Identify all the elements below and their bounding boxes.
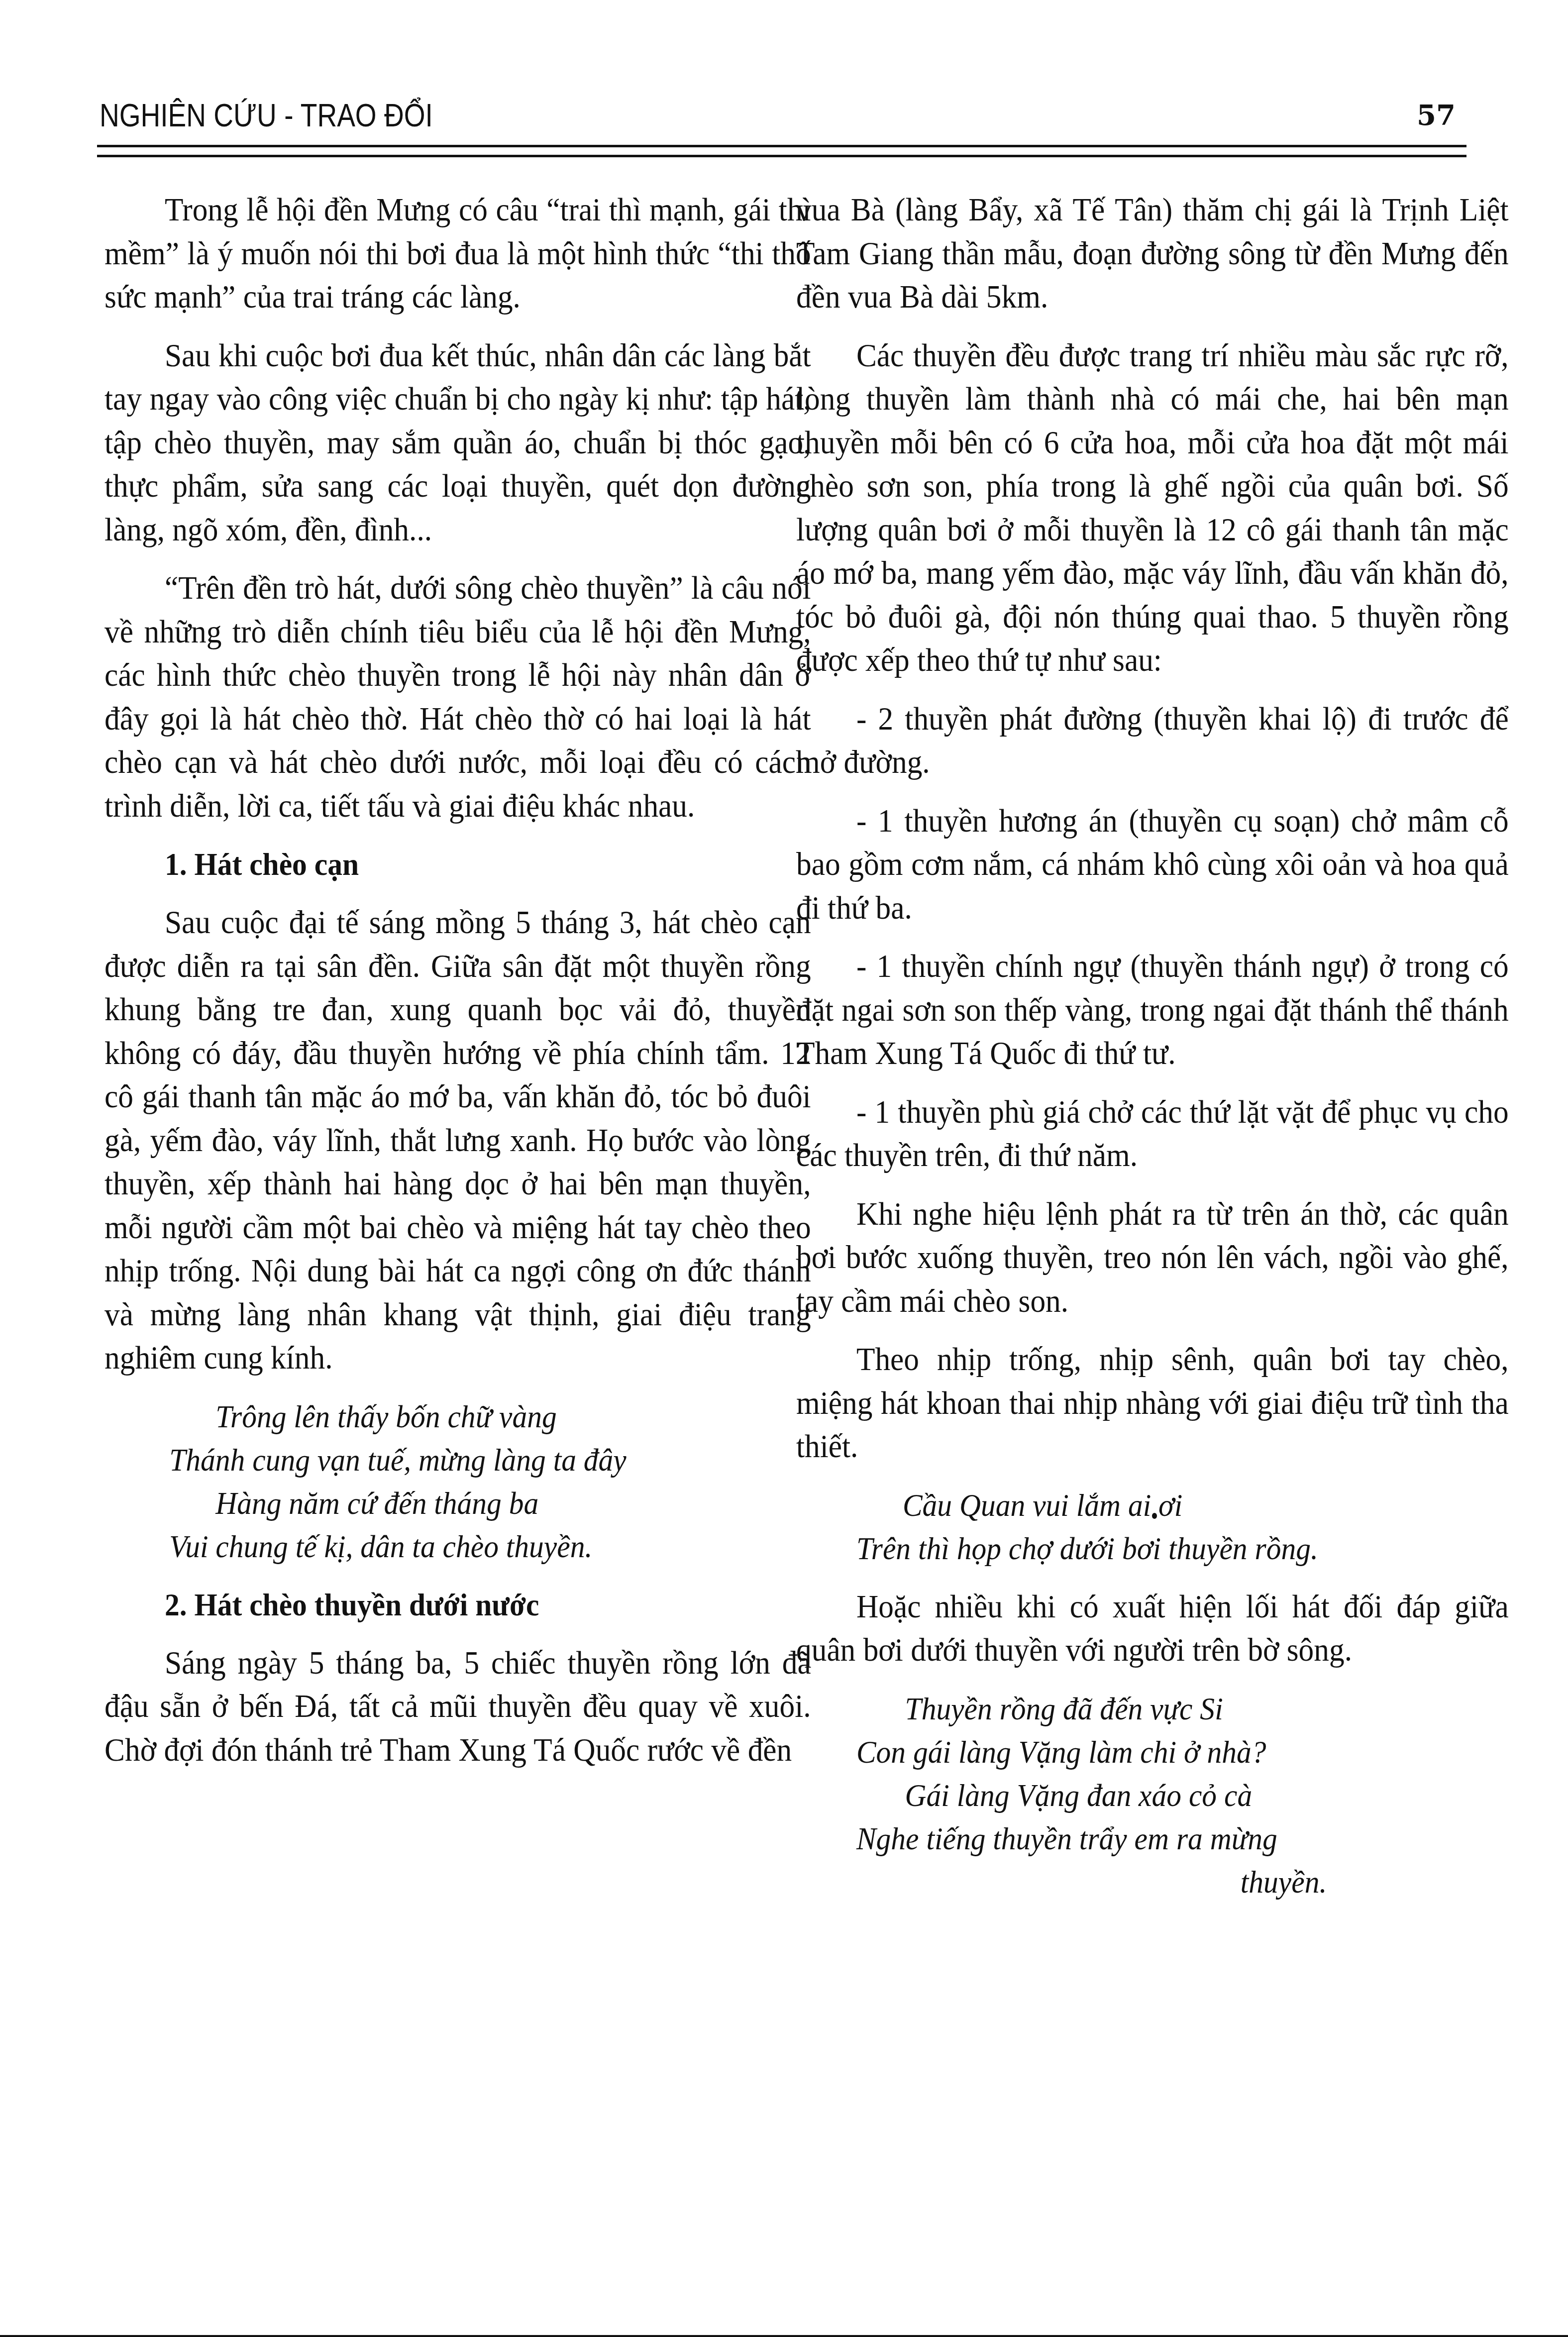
journal-page: NGHIÊN CỨU - TRAO ĐỔI 57 Trong lễ hội đề… xyxy=(0,0,1568,2337)
verse-line: Trên thì họp chợ dưới bơi thuyền rồng. xyxy=(796,1527,1509,1570)
verse-line: Con gái làng Vặng làm chi ở nhà? xyxy=(796,1730,1509,1774)
paragraph: Sau cuộc đại tế sáng mồng 5 tháng 3, hát… xyxy=(105,901,811,1380)
page-header: NGHIÊN CỨU - TRAO ĐỔI 57 xyxy=(100,97,1465,137)
paragraph: Sau khi cuộc bơi đua kết thúc, nhân dân … xyxy=(105,334,811,552)
paragraph: “Trên đền trò hát, dưới sông chèo thuyền… xyxy=(105,566,811,828)
paragraph-continuation: vua Bà (làng Bẩy, xã Tế Tân) thăm chị gá… xyxy=(796,188,1509,319)
page-bottom-edge xyxy=(0,2335,1568,2337)
paragraph: Trong lễ hội đền Mưng có câu “trai thì m… xyxy=(105,188,811,319)
header-rule-bottom xyxy=(97,155,1466,157)
boat-list-item: - 2 thuyền phát đường (thuyền khai lộ) đ… xyxy=(796,697,1509,784)
paragraph: Các thuyền đều được trang trí nhiều màu … xyxy=(796,334,1509,682)
verse-block-1: Trông lên thấy bốn chữ vàng Thánh cung v… xyxy=(105,1395,811,1568)
paragraph: Khi nghe hiệu lệnh phát ra từ trên án th… xyxy=(796,1192,1509,1323)
header-rule-top xyxy=(97,145,1466,147)
boat-list-item: - 1 thuyền hương án (thuyền cụ soạn) chở… xyxy=(796,799,1509,930)
verse-line: Thánh cung vạn tuế, mừng làng ta đây xyxy=(105,1438,811,1482)
section-heading-1: 1. Hát chèo cạn xyxy=(165,843,811,886)
scan-speck xyxy=(1152,1513,1157,1519)
left-column: Trong lễ hội đền Mưng có câu “trai thì m… xyxy=(105,188,811,1787)
verse-line: Cầu Quan vui lắm ai ơi xyxy=(796,1484,1509,1527)
verse-line: Nghe tiếng thuyền trẩy em ra mừng xyxy=(796,1817,1509,1860)
verse-line: Trông lên thấy bốn chữ vàng xyxy=(105,1395,811,1438)
verse-line: Hàng năm cứ đến tháng ba xyxy=(105,1482,811,1525)
paragraph: Sáng ngày 5 tháng ba, 5 chiếc thuyền rồn… xyxy=(105,1641,811,1772)
verse-block-2: Cầu Quan vui lắm ai ơi Trên thì họp chợ … xyxy=(796,1484,1509,1570)
paragraph: Hoặc nhiều khi có xuất hiện lối hát đối … xyxy=(796,1585,1509,1672)
right-column: vua Bà (làng Bẩy, xã Tế Tân) thăm chị gá… xyxy=(796,188,1509,1918)
verse-block-3: Thuyền rồng đã đến vực Si Con gái làng V… xyxy=(796,1687,1509,1904)
boat-list-item: - 1 thuyền phù giá chở các thứ lặt vặt đ… xyxy=(796,1090,1509,1177)
verse-line: Vui chung tế kị, dân ta chèo thuyền. xyxy=(105,1525,811,1568)
verse-line: thuyền. xyxy=(796,1860,1509,1904)
verse-line: Gái làng Vặng đan xáo cỏ cà xyxy=(796,1774,1509,1817)
section-heading-2: 2. Hát chèo thuyền dưới nước xyxy=(165,1583,811,1626)
verse-line: Thuyền rồng đã đến vực Si xyxy=(796,1687,1509,1730)
paragraph: Theo nhịp trống, nhịp sênh, quân bơi tay… xyxy=(796,1338,1509,1469)
section-title: NGHIÊN CỨU - TRAO ĐỔI xyxy=(100,97,433,134)
boat-list-item: - 1 thuyền chính ngự (thuyền thánh ngự) … xyxy=(796,945,1509,1075)
page-number: 57 xyxy=(1417,99,1456,132)
